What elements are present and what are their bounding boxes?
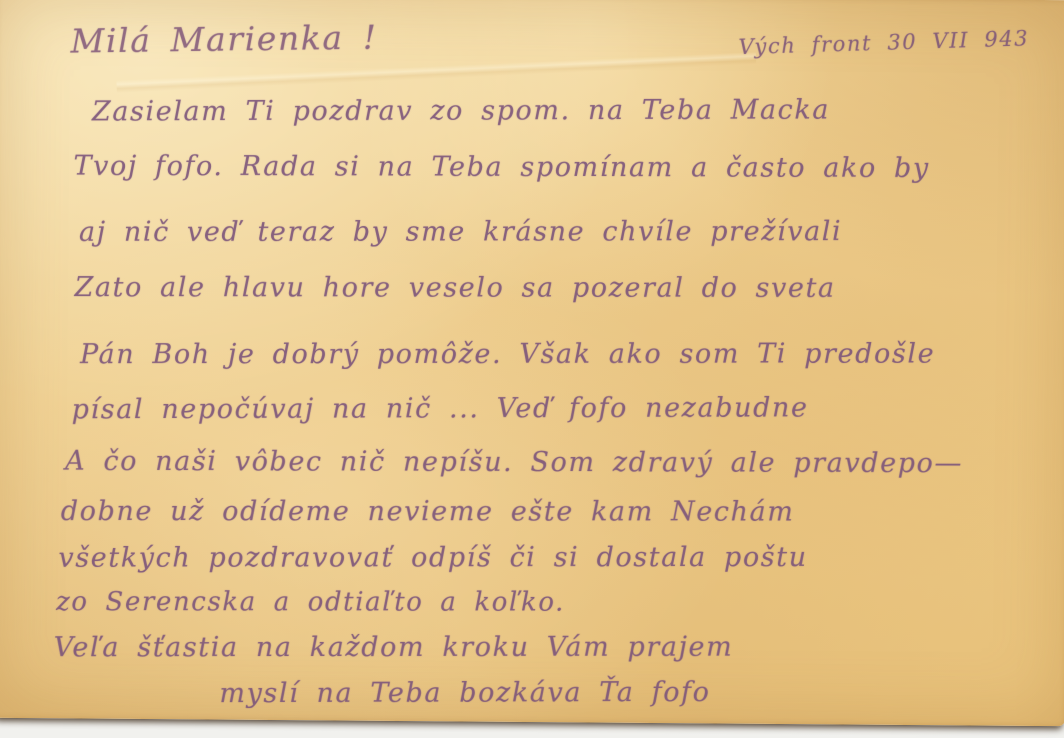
handwriting-line: Pán Boh je dobrý pomôže. Však ako som Ti… (80, 338, 935, 370)
handwriting-line: A čo naši vôbec nič nepíšu. Som zdravý a… (65, 446, 963, 479)
handwriting-line: všetkých pozdravovať odpíš či si dostala… (58, 542, 807, 574)
handwriting-line: Tvoj fofo. Rada si na Teba spomínam a ča… (73, 151, 929, 184)
handwriting-line: Zato ale hlavu hore veselo sa pozeral do… (75, 272, 836, 304)
postcard-paper: Milá Marienka ! Vých front 30 VII 943 Za… (0, 0, 1064, 726)
handwriting-line: myslí na Teba bozkáva Ťa fofo (219, 677, 710, 709)
handwriting-line: aj nič veď teraz by sme krásne chvíle pr… (79, 216, 842, 248)
handwriting-line: Zasielam Ti pozdrav zo spom. na Teba Mac… (92, 94, 830, 127)
handwriting-line: Veľa šťastia na každom kroku Vám prajem (54, 632, 734, 664)
dateline: Vých front 30 VII 943 (738, 26, 1029, 59)
greeting-line: Milá Marienka ! (70, 18, 378, 61)
handwriting-line: zo Serencska a odtiaľto a koľko. (56, 587, 565, 617)
scan-background: Milá Marienka ! Vých front 30 VII 943 Za… (0, 0, 1064, 738)
handwriting-line: dobne už odídeme nevieme ešte kam Nechám (61, 496, 795, 528)
handwriting-line: písal nepočúvaj na nič ... Veď fofo neza… (72, 392, 809, 425)
